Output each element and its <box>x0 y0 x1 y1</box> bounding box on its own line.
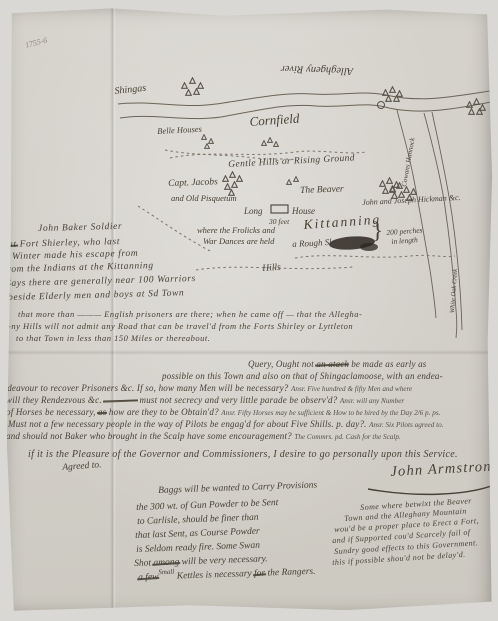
provisions-line6-b: will be very necessary. <box>179 554 268 567</box>
hills-label: Hills <box>262 263 281 274</box>
wigwam-cluster-river-bend <box>383 87 403 102</box>
query-line4: will they Rendezvous &c. ———— must not s… <box>6 395 404 405</box>
baker-note-line3: Winter made his escape from <box>12 249 138 262</box>
query-line4-b: must not secrecy and very little parade … <box>137 395 337 405</box>
provisions-line2: the 300 wt. of Gun Powder to be Sent <box>136 498 278 513</box>
provisions-line6-a: Shot <box>134 558 154 569</box>
baker-note-wide-line3: to that Town in less than 150 Miles or t… <box>16 333 210 343</box>
baker-note-line2-text: Fort Shierley, who last <box>17 237 121 250</box>
query-line2: possible on this Town and also on that o… <box>162 371 443 381</box>
query-line3: -deavour to recover Prisoners &c. If so,… <box>4 383 412 393</box>
baker-note-line5: Says there are generally near 100 Warrio… <box>6 274 196 289</box>
white-oak-creek-label: White Oak Creek <box>449 269 459 314</box>
wigwam-cluster-top-right <box>467 99 486 115</box>
baker-note-wide-line1: that more than ——— English prisoners are… <box>18 309 362 319</box>
wigwam-cluster-shingas <box>182 78 204 96</box>
town-marker-circle <box>378 102 385 109</box>
struck-words: a few <box>138 572 159 583</box>
wigwam-cluster-capt-jacobs <box>223 172 243 196</box>
the-beaver-label: The Beaver <box>300 184 344 196</box>
answer-note: Ansr. Five hundred & fifty Men and where <box>291 385 412 393</box>
provisions-line4: that last Sent, as Course Powder <box>135 527 260 541</box>
wigwam-cluster-beaver-right <box>380 178 400 194</box>
query-line7: and should not Baker who brought in the … <box>6 431 401 441</box>
query-line7-text: and should not Baker who brought in the … <box>6 431 292 441</box>
answer-note: Ansr. Fifty Horses may be sufficient & H… <box>221 409 440 417</box>
hickman-label: John and Joseph Hickman &c. <box>362 193 461 207</box>
long-house-note-line1: where the Frolicks and <box>197 225 275 235</box>
perches-brace: } <box>372 218 383 244</box>
cowanshannock-creek <box>397 110 436 318</box>
perches-label-line2: in length <box>391 235 418 246</box>
provisions-line6: Shot among will be very necessary. <box>134 554 268 569</box>
rough-sketch-label: a Rough Sketch <box>292 236 348 249</box>
query-line1: Query, Ought not an atack be made as ear… <box>248 359 427 369</box>
cornfield-label: Cornfield <box>249 111 300 130</box>
query-line3-text: -deavour to recover Prisoners &c. If so,… <box>4 383 289 393</box>
provisions-line5: is Seldom ready fire. Some Swan <box>136 541 260 555</box>
manuscript-paper: 1755-6 Alleghgeny River Shingas Belle Ho… <box>4 6 494 615</box>
provisions-line1: Baggs will be wanted to Carry Provisions <box>158 480 317 496</box>
query-line5-b: how are they to be Obtain'd? <box>106 407 218 417</box>
query-line1-post: be made as early as <box>349 359 427 369</box>
struck-word: for <box>254 569 265 579</box>
cowans-creek-label: Cowans Hannock <box>400 137 416 187</box>
fold-crease-horizontal <box>4 350 494 355</box>
inserted-word: Small <box>158 568 174 577</box>
scanned-document: 1755-6 Alleghgeny River Shingas Belle Ho… <box>0 0 498 621</box>
gentle-hills-label: Gentle Hills or Rising Ground <box>228 153 355 170</box>
closing-line: if it is the Pleasure of the Governor an… <box>28 449 458 460</box>
query-line5-a: of Horses be necessary, <box>6 407 98 417</box>
wigwam-cluster-belle-houses <box>202 135 214 149</box>
struck-word: as <box>98 407 106 417</box>
struck-word: at <box>8 240 17 250</box>
answer-note: The Commrs. pd. Cash for the Scalp. <box>294 433 400 441</box>
agreed-note: Agreed to. <box>62 460 102 473</box>
struck-words: ———— <box>104 395 137 405</box>
capt-jacobs-label-line2: and Old Pisquetum <box>171 193 237 203</box>
provisions-line7: a fewSmall Kettles is necessary for the … <box>138 567 316 583</box>
archival-year-note: 1755-6 <box>24 36 48 50</box>
query-line5: of Horses be necessary, as how are they … <box>6 407 440 417</box>
wigwam-cluster-gentle-hills <box>262 138 279 147</box>
struck-word: among <box>153 557 179 568</box>
belle-houses-label: Belle Houses <box>157 124 202 136</box>
signature-flourish <box>368 485 494 494</box>
long-house-outline <box>271 205 288 213</box>
query-line1-pre: Query, Ought not <box>248 359 316 369</box>
answer-note: Ansr. will any Number <box>340 397 404 405</box>
baker-note-line6: beside Elderly men and boys at Sd Town <box>8 288 184 303</box>
answer-note: Ansr. Six Pilots agreed to. <box>369 421 443 429</box>
long-house-label-left: Long <box>244 206 263 216</box>
river-name-label: Alleghgeny River <box>260 62 374 77</box>
struck-words: an atack <box>316 359 348 369</box>
query-line6-text: Must not a few necessary people in the w… <box>8 419 367 429</box>
long-house-label-right: House <box>292 206 315 216</box>
query-line4-a: will they Rendezvous &c. <box>6 395 104 405</box>
shingas-label: Shingas <box>114 83 147 97</box>
baker-note-wide-line2: -ny Hills will not admit any Road that c… <box>8 321 353 331</box>
signature: John Armstrong <box>390 458 498 481</box>
provisions-line3: to Carlisle, should be finer than <box>137 513 259 527</box>
provisions-line7-a: Kettles is necessary <box>174 569 254 582</box>
allegheny-river <box>118 90 496 119</box>
wigwam-cluster-beaver-left <box>287 177 299 185</box>
capt-jacobs-label-line1: Capt. Jacobs <box>168 177 218 189</box>
baker-note-line4: from the Indians at the Kittanning <box>4 261 154 275</box>
baker-note-line2: at Fort Shierley, who last <box>8 237 120 250</box>
long-house-note-line2: War Dances are held <box>203 236 274 246</box>
provisions-line7-b: the Rangers. <box>265 567 316 579</box>
query-line6: Must not a few necessary people in the w… <box>8 419 443 429</box>
